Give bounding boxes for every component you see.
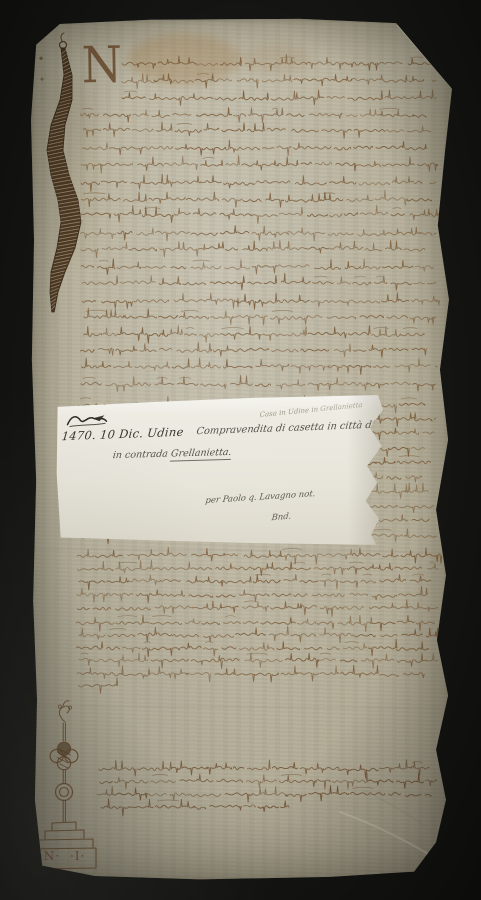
notary-signum-letter-right: ·I· [70,849,86,863]
slip-location-prefix: in contrada [112,449,169,462]
slip-attribution: per Paolo q. Lavagno not. [205,489,316,506]
photograph-background: N ·N· ·I· Casa in Udine in Grellanietta … [0,0,481,900]
notary-signum-letter-left: ·N· [39,849,60,863]
slip-attribution-initials: Bnd. [271,512,292,524]
ink-stain [128,34,240,84]
archival-slip: Casa in Udine in Grellanietta 1470. 10 D… [54,394,388,549]
slip-location-name: Grellanietta. [170,447,232,462]
ink-stain [240,44,310,74]
illuminated-initial-letter: N [81,42,122,90]
edge-discoloration [58,78,98,258]
slip-location: in contrada Grellanietta. [112,447,232,461]
pencil-annotation: Casa in Udine in Grellanietta [260,399,384,420]
